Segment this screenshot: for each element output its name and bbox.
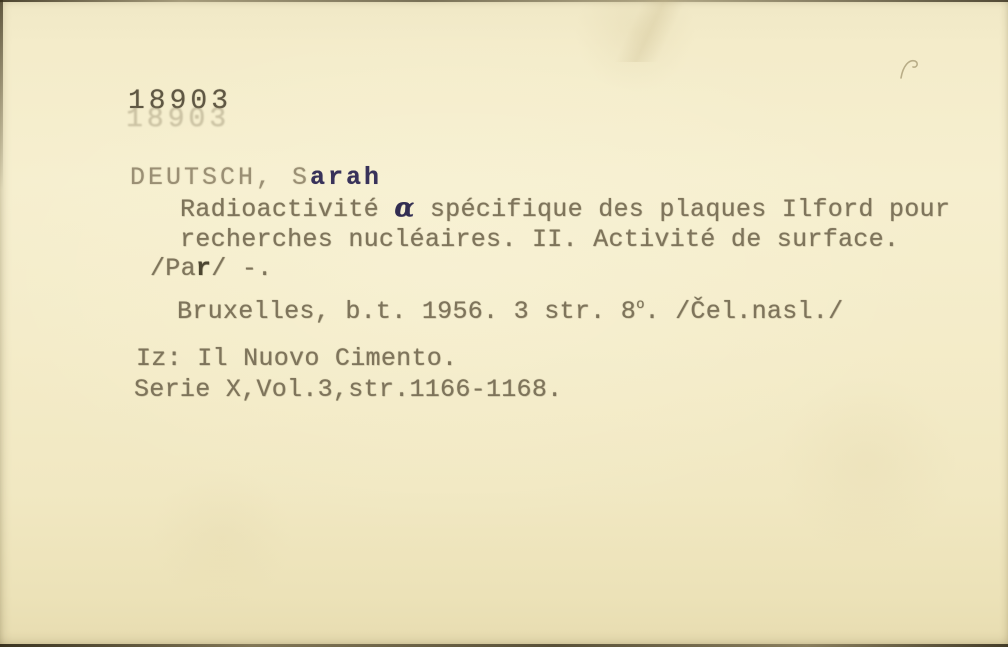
author-handwritten-text: arah — [310, 163, 382, 192]
title-line-1: Radioactivité α spécifique des plaques I… — [180, 193, 950, 224]
byline: /Par/ -. — [150, 254, 272, 283]
catalog-card: 18903 18903 DEUTSCH, Sarah Radioactivité… — [0, 0, 1008, 647]
catalog-number-ghost: 18903 — [126, 104, 230, 135]
degree-superscript: o — [636, 297, 644, 313]
source-line-1: Iz: Il Nuovo Cimento. — [136, 344, 457, 373]
paper-crease — [575, 0, 725, 62]
scan-edge-left — [0, 0, 3, 190]
imprint-suffix: . /Čel.nasl./ — [644, 297, 843, 326]
author-line: DEUTSCH, Sarah — [130, 163, 382, 192]
title-before-alpha: Radioactivité — [180, 195, 379, 224]
source-line-2: Serie X,Vol.3,str.1166-1168. — [134, 375, 562, 404]
imprint-line: Bruxelles, b.t. 1956. 3 str. 8o. /Čel.na… — [177, 297, 843, 326]
title-after-alpha: spécifique des plaques Ilford pour — [430, 195, 950, 224]
byline-suffix: / -. — [211, 254, 272, 283]
title-line-2: recherches nucléaires. II. Activité de s… — [180, 225, 899, 254]
imprint-text: Bruxelles, b.t. 1956. 3 str. 8 — [177, 297, 636, 326]
byline-overstruck-letter: r — [196, 254, 211, 283]
pencil-mark — [893, 52, 945, 88]
alpha-symbol: α — [394, 193, 414, 223]
author-typed-text: DEUTSCH, S — [130, 163, 310, 192]
byline-prefix: /Pa — [150, 254, 196, 283]
scan-edge-top — [0, 0, 1008, 2]
